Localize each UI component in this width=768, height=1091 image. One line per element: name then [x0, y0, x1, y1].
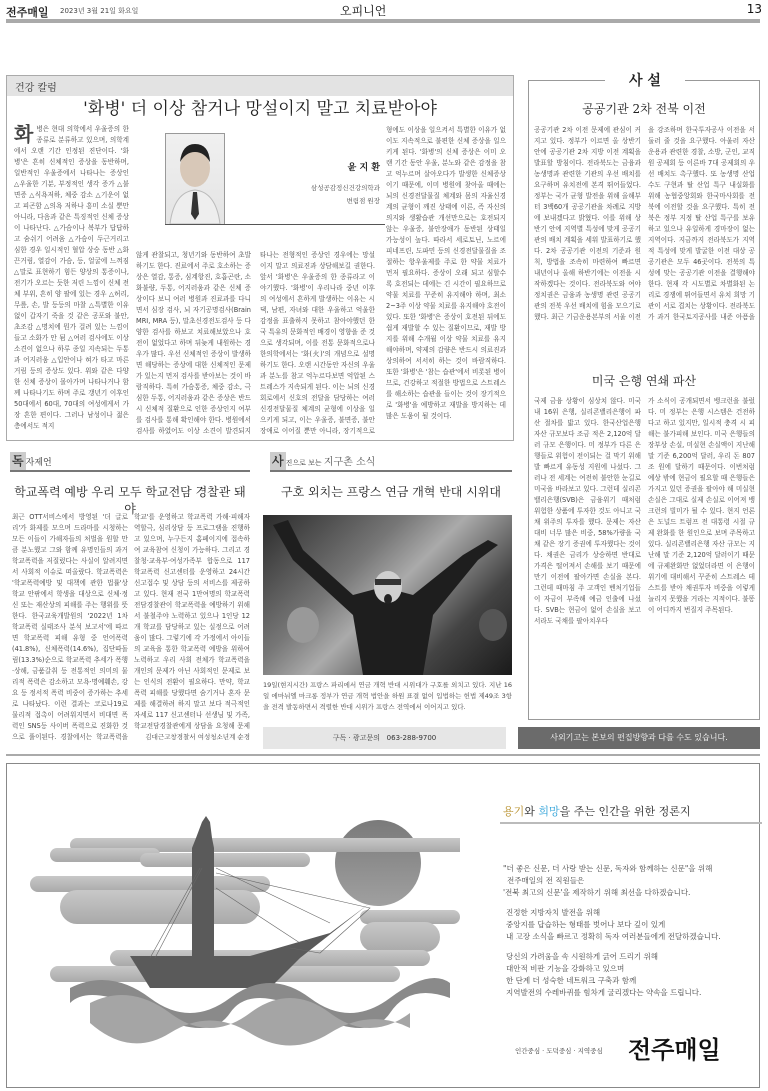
page-number: 13	[747, 2, 762, 16]
portrait-icon	[166, 134, 224, 224]
editorial-headline-1[interactable]: 공공기관 2차 전북 이전	[528, 100, 760, 117]
health-col-1: 화병은 현대 의학에서 우울증의 한 종류로 분류하고 있으며, 의학계에서 오…	[14, 124, 129, 436]
subscription-label: 구독 · 광고문의	[333, 734, 380, 742]
brand-logo: 전주매일	[628, 1030, 721, 1065]
slogan-courage: 용기	[503, 805, 524, 818]
dropcap: 화	[14, 124, 33, 144]
health-column-label: 건강 칼럼	[7, 76, 513, 96]
ad-paragraph-2: 진정한 지방자치 발전을 위해중앙지를 답습하는 형태를 벗어나 보다 깊이 있…	[506, 907, 766, 943]
subscription-phone[interactable]: 063-288-9700	[387, 734, 437, 742]
newspaper-logo: 전주매일	[6, 4, 49, 20]
section-name: 자제언	[26, 458, 52, 468]
editorial-headline-2[interactable]: 미국 은행 연쇄 파산	[528, 372, 760, 389]
author-name: 윤 지 환	[330, 160, 380, 173]
slogan-text: 을 주는 인간을 위한 정론지	[560, 805, 691, 818]
author-title: 변림점 원장	[270, 196, 380, 205]
photo-caption: 19일(현지시간) 프랑스 파리에서 연금 개혁 반대 시위대가 구호를 외치고…	[263, 680, 512, 716]
health-col-2: 않게 관찰되고, 청년기와 동반하여 초발하기도 한다. 진료에서 주로 호소하…	[136, 250, 251, 436]
editorial-2-col-2: 가 소식이 공개되면서 뱅크런을 불렀다. 미 정부는 은행 시스템은 건전하다…	[648, 396, 755, 714]
disclaimer-bar: 사외기고는 본보의 편집방향과 다를 수도 있습니다.	[518, 727, 760, 749]
subscription-bar: 구독 · 광고문의 063-288-9700	[263, 727, 506, 749]
ad-paragraph-3: 당신의 가려움을 속 시원하게 긁어 드리기 위해대안적 비판 기능을 강화하고…	[506, 951, 766, 999]
health-headline[interactable]: '화병' 더 이상 참거나 망설이지 말고 치료받아야	[10, 94, 510, 119]
editorial-label: 사 설	[605, 70, 685, 90]
editorial-1-col-2: 을 강조하며 한국투자공사 이전을 서둘러 줄 것을 요구했다. 아울러 자산운…	[648, 125, 755, 321]
section-initial: 독	[10, 452, 26, 470]
editorial-2-col-1: 국제 금융 상황이 심상치 않다. 미국 내 16위 은행, 실리콘밸리은행이 …	[534, 396, 641, 714]
reader-section-bar: 독자제언	[10, 452, 250, 472]
slogan-text: 와	[524, 805, 538, 818]
ad-paragraph-1: "더 좋은 신문, 더 사랑 받는 신문, 독자와 함께하는 신문"을 위해전주…	[503, 863, 763, 899]
slogan-hope: 희망	[538, 805, 559, 818]
ship-illustration	[30, 808, 460, 1048]
author-affiliation: 삼성공감정신건강의학과	[270, 183, 380, 192]
editorial-1-col-1: 공공기관 2차 이전 문제에 관심이 커지고 있다. 정부가 이르면 올 상반기…	[534, 125, 641, 321]
author-photo	[165, 133, 225, 225]
footer-rule	[6, 754, 760, 756]
author-rule	[165, 224, 385, 225]
photo-headline[interactable]: 구호 외치는 프랑스 연금 개혁 반대 시위대	[270, 483, 512, 500]
section-initial: 사	[270, 452, 286, 470]
reader-col-2: 학교'를 운영하고 학교폭력 가해·피해자 역할극, 심리상담 등 프로그램을 …	[134, 512, 250, 730]
section-title: 오피니언	[340, 2, 386, 19]
health-col-3: 타나는 전형적인 증상인 경우에는 망설이지 말고 의료진과 상담해보길 권한다…	[260, 250, 375, 436]
reader-byline: 김대근고창경찰서 여성청소년계 순경	[134, 732, 250, 741]
slogan-rule	[500, 822, 762, 824]
ad-motto: 인간중심 · 도덕중심 · 지역중심	[515, 1046, 603, 1055]
ad-slogan: 용기와 희망을 주는 인간을 위한 정론지	[503, 803, 691, 819]
header-rule	[6, 19, 760, 23]
protest-photo[interactable]	[263, 515, 512, 675]
health-col-4: 형에도 이상을 일으켜서 특별한 이유가 없이도 지속적으로 불편한 신체 증상…	[386, 125, 506, 436]
protester-icon	[263, 515, 512, 675]
issue-date: 2023년 3월 21일 화요일	[60, 6, 138, 16]
ship-pen-icon	[30, 808, 460, 1048]
section-small-text: 진으로 보는	[286, 459, 324, 467]
reader-col-1: 최근 OTT서비스에서 방영된 '더 글로리'가 화제를 모으며 드라마를 시청…	[12, 512, 128, 742]
photo-section-bar: 사진으로 보는 지구촌 소식	[270, 452, 512, 472]
section-name: 지구촌 소식	[324, 457, 375, 468]
